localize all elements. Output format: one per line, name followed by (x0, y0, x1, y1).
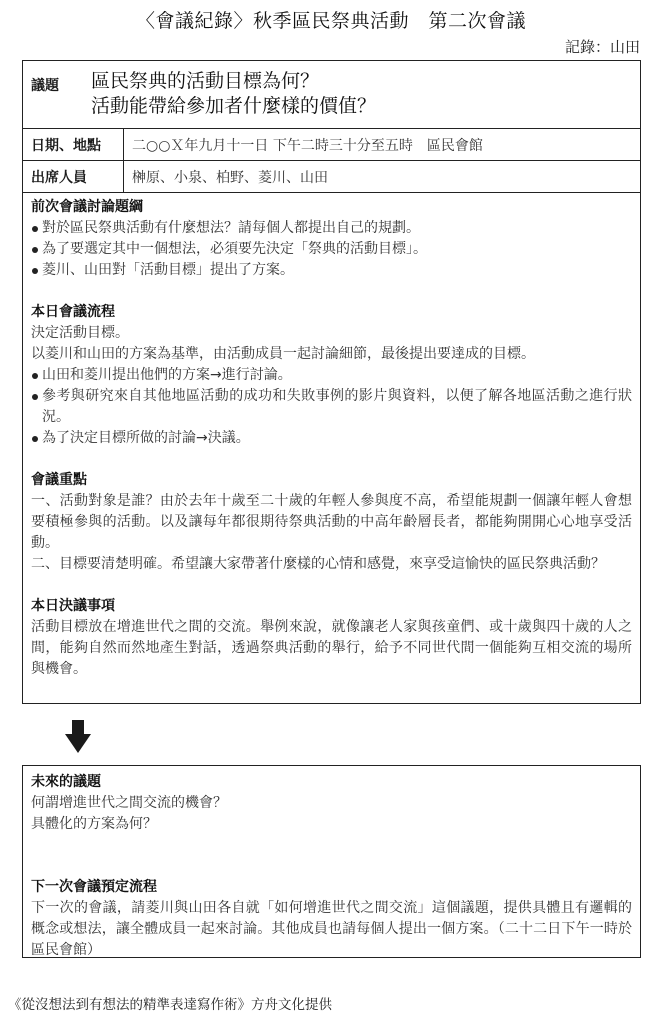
key-points-section: 會議重點 一、活動對象是誰？由於去年十歲至二十歲的年輕人參與度不高，希望能規劃一… (31, 470, 632, 575)
section-title: 會議重點 (31, 470, 632, 491)
paragraph: 活動目標放在增進世代之間的交流。舉例來說，就像讓老人家與孩童們、或十歲與四十歲的… (31, 617, 632, 680)
paragraph: 二、目標要清楚明確。希望讓大家帶著什麼樣的心情和感覺，來享受這愉快的區民祭典活動… (31, 554, 632, 575)
section-title: 未來的議題 (31, 772, 632, 793)
date-place-row: 日期、地點 二○○Ｘ年九月十一日 下午二時三十分至五時 區民會館 (23, 129, 640, 161)
future-content: 未來的議題 何謂增進世代之間交流的機會？ 具體化的方案為何？ 下一次會議預定流程… (23, 766, 640, 961)
date-place-value: 二○○Ｘ年九月十一日 下午二時三十分至五時 區民會館 (124, 135, 483, 155)
minutes-content: 前次會議討論題綱 對於區民祭典活動有什麼想法？請每個人都提出自己的規劃。 為了要… (23, 193, 640, 680)
date-place-label: 日期、地點 (23, 129, 124, 160)
text-line: 何謂增進世代之間交流的機會？ (31, 793, 632, 814)
list-item: 為了決定目標所做的討論→決議。 (31, 428, 632, 449)
future-topics-section: 未來的議題 何謂增進世代之間交流的機會？ 具體化的方案為何？ (31, 772, 632, 835)
arrow-down-icon (65, 720, 91, 754)
resolutions-section: 本日決議事項 活動目標放在增進世代之間的交流。舉例來說，就像讓老人家與孩童們、或… (31, 596, 632, 680)
section-title: 前次會議討論題綱 (31, 197, 632, 218)
list-item: 對於區民祭典活動有什麼想法？請每個人都提出自己的規劃。 (31, 218, 632, 239)
meeting-minutes-box: 議題 區民祭典的活動目標為何？ 活動能帶給參加者什麼樣的價值？ 日期、地點 二○… (22, 60, 641, 704)
text-line: 決定活動目標。 (31, 323, 632, 344)
topic-row: 議題 區民祭典的活動目標為何？ 活動能帶給參加者什麼樣的價值？ (23, 61, 640, 129)
paragraph: 一、活動對象是誰？由於去年十歲至二十歲的年輕人參與度不高，希望能規劃一個讓年輕人… (31, 491, 632, 554)
attendees-row: 出席人員 榊原、小泉、柏野、菱川、山田 (23, 161, 640, 193)
section-title: 下一次會議預定流程 (31, 877, 632, 898)
previous-discussion-section: 前次會議討論題綱 對於區民祭典活動有什麼想法？請每個人都提出自己的規劃。 為了要… (31, 197, 632, 281)
text-line: 以菱川和山田的方案為基準，由活動成員一起討論細節，最後提出要達成的目標。 (31, 344, 632, 365)
recorder-label: 記錄：山田 (565, 36, 640, 57)
list-item: 為了要選定其中一個想法，必須要先決定「祭典的活動目標」。 (31, 239, 632, 260)
arrow-shaft (72, 720, 84, 734)
today-flow-section: 本日會議流程 決定活動目標。 以菱川和山田的方案為基準，由活動成員一起討論細節，… (31, 302, 632, 449)
topic-label: 議題 (23, 61, 91, 95)
future-agenda-box: 未來的議題 何謂增進世代之間交流的機會？ 具體化的方案為何？ 下一次會議預定流程… (22, 765, 641, 958)
topic-line: 區民祭典的活動目標為何？ (91, 69, 376, 94)
section-title: 本日會議流程 (31, 302, 632, 323)
topic-line: 活動能帶給參加者什麼樣的價值？ (91, 94, 376, 119)
topic-text: 區民祭典的活動目標為何？ 活動能帶給參加者什麼樣的價值？ (91, 61, 376, 119)
source-caption: 《從沒想法到有想法的精準表達寫作術》方舟文化提供 (8, 993, 332, 1013)
list-item: 菱川、山田對「活動目標」提出了方案。 (31, 260, 632, 281)
attendees-value: 榊原、小泉、柏野、菱川、山田 (124, 167, 328, 187)
document-title: 〈會議紀錄〉秋季區民祭典活動 第二次會議 (0, 6, 662, 33)
paragraph: 下一次的會議，請菱川與山田各自就「如何增進世代之間交流」這個議題，提供具體且有邏… (31, 898, 632, 961)
text-line: 具體化的方案為何？ (31, 814, 632, 835)
attendees-label: 出席人員 (23, 161, 124, 192)
list-item: 山田和菱川提出他們的方案→進行討論。 (31, 365, 632, 386)
section-title: 本日決議事項 (31, 596, 632, 617)
arrow-head (65, 734, 91, 753)
list-item: 參考與研究來自其他地區活動的成功和失敗事例的影片與資料，以便了解各地區活動之進行… (31, 386, 632, 428)
next-meeting-section: 下一次會議預定流程 下一次的會議，請菱川與山田各自就「如何增進世代之間交流」這個… (31, 877, 632, 961)
